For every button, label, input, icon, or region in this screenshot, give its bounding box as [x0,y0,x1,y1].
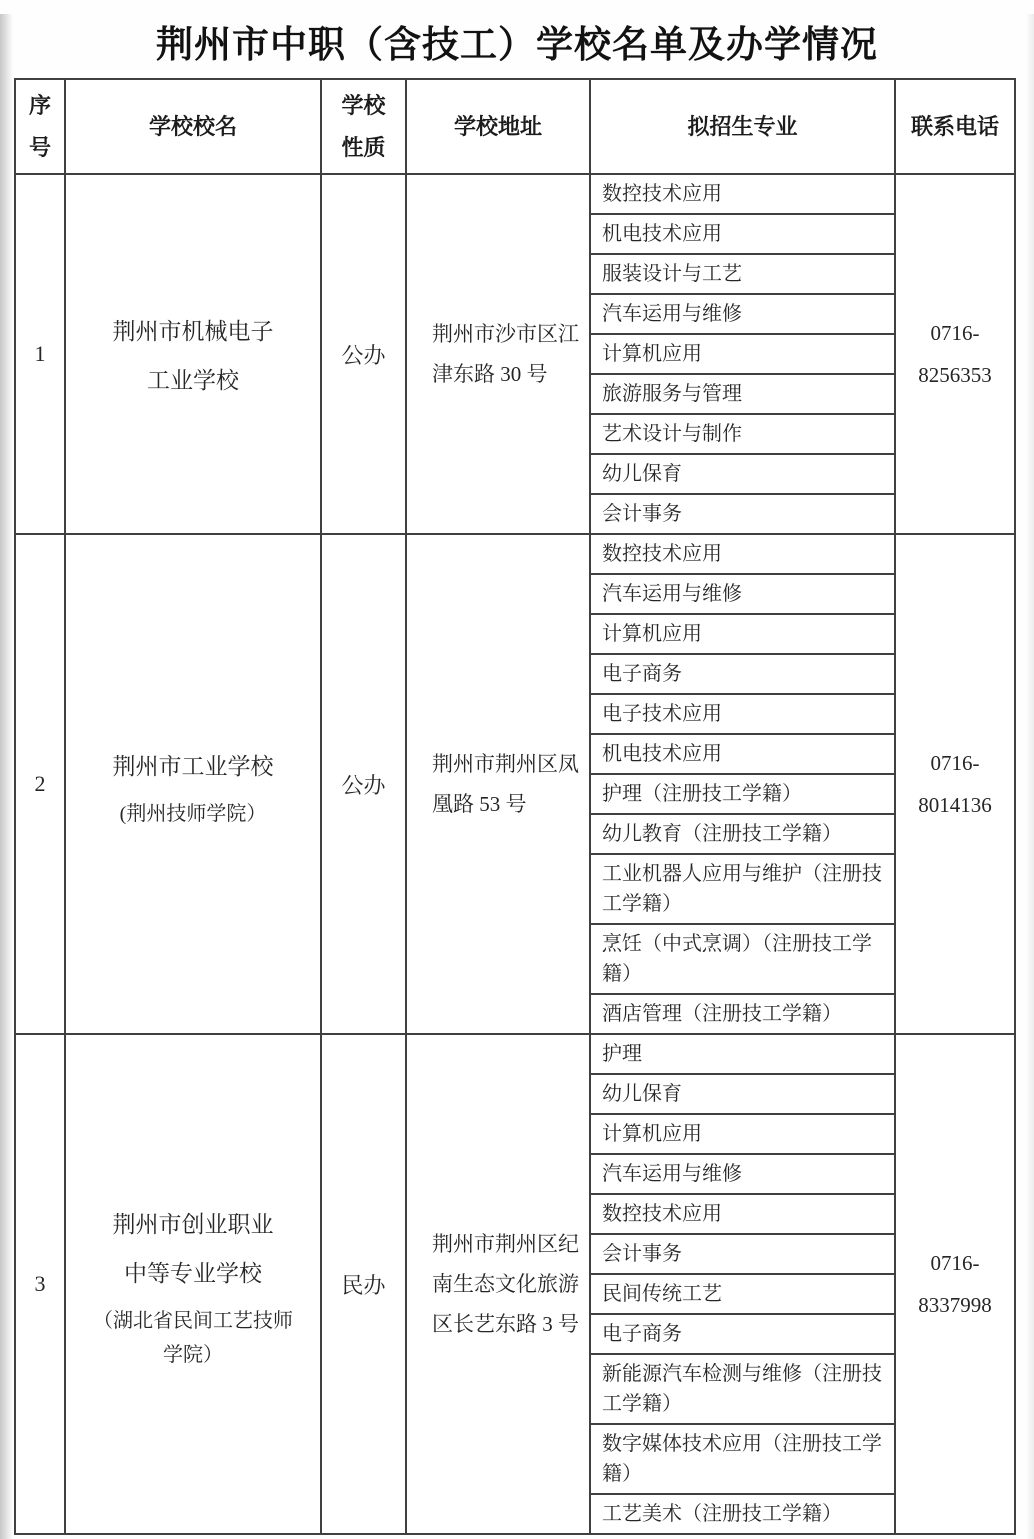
column-header-address: 学校地址 [406,79,590,174]
major-cell: 服装设计与工艺 [590,254,895,294]
column-header-no: 序号 [15,79,65,174]
table-header-row: 序号学校校名学校性质学校地址拟招生专业联系电话 [15,79,1015,174]
table-header: 序号学校校名学校性质学校地址拟招生专业联系电话 [15,79,1015,174]
column-header-phone: 联系电话 [895,79,1015,174]
major-cell: 会计事务 [590,494,895,534]
major-cell: 汽车运用与维修 [590,574,895,614]
major-cell: 烹饪（中式烹调）（注册技工学籍） [590,924,895,994]
major-cell: 机电技术应用 [590,734,895,774]
row-number-cell: 1 [15,174,65,534]
major-cell: 汽车运用与维修 [590,294,895,334]
major-cell: 数字媒体技术应用（注册技工学籍） [590,1424,895,1494]
school-name-line: 荆州市创业职业 [72,1206,314,1239]
major-cell: 酒店管理（注册技工学籍） [590,994,895,1034]
major-cell: 旅游服务与管理 [590,374,895,414]
major-cell: 工艺美术（注册技工学籍） [590,1494,895,1534]
school-name-line: 工业学校 [72,362,314,395]
phone-line: 0716- [900,742,1010,784]
school-address-cell: 荆州市沙市区江津东路 30 号 [406,174,590,534]
major-cell: 护理（注册技工学籍） [590,774,895,814]
major-cell: 新能源汽车检测与维修（注册技工学籍） [590,1354,895,1424]
phone-line: 8014136 [900,784,1010,826]
major-cell: 幼儿保育 [590,1074,895,1114]
major-cell: 机电技术应用 [590,214,895,254]
major-cell: 计算机应用 [590,1114,895,1154]
page-title: 荆州市中职（含技工）学校名单及办学情况 [0,14,1034,68]
school-row-2-major-row: 2荆州市工业学校(荆州技师学院）公办荆州市荆州区凤凰路 53 号数控技术应用07… [15,534,1015,574]
school-name-line: 荆州市机械电子 [72,313,314,346]
school-name-line: （湖北省民间工艺技师学院） [72,1304,314,1372]
school-name-cell: 荆州市工业学校(荆州技师学院） [65,534,321,1034]
major-cell: 电子商务 [590,1314,895,1354]
major-cell: 工业机器人应用与维护（注册技工学籍） [590,854,895,924]
major-cell: 数控技术应用 [590,1194,895,1234]
school-name-line: 荆州市工业学校 [72,748,314,781]
major-cell: 护理 [590,1034,895,1074]
school-address-cell: 荆州市荆州区凤凰路 53 号 [406,534,590,1034]
major-cell: 艺术设计与制作 [590,414,895,454]
major-cell: 幼儿教育（注册技工学籍） [590,814,895,854]
major-cell: 电子商务 [590,654,895,694]
document-page: 荆州市中职（含技工）学校名单及办学情况 序号学校校名学校性质学校地址拟招生专业联… [0,14,1034,1535]
major-cell: 计算机应用 [590,334,895,374]
major-cell: 电子技术应用 [590,694,895,734]
phone-line: 8337998 [900,1284,1010,1326]
school-nature-cell: 公办 [321,174,406,534]
column-header-nature: 学校性质 [321,79,406,174]
major-cell: 幼儿保育 [590,454,895,494]
school-nature-cell: 公办 [321,534,406,1034]
major-cell: 计算机应用 [590,614,895,654]
school-address-cell: 荆州市荆州区纪南生态文化旅游区长艺东路 3 号 [406,1034,590,1534]
school-row-1-major-row: 1荆州市机械电子工业学校公办荆州市沙市区江津东路 30 号数控技术应用0716-… [15,174,1015,214]
phone-line: 0716- [900,1242,1010,1284]
column-header-name: 学校校名 [65,79,321,174]
phone-cell: 0716-8014136 [895,534,1015,1034]
school-name-line: 中等专业学校 [72,1255,314,1288]
school-nature-cell: 民办 [321,1034,406,1534]
table-body: 1荆州市机械电子工业学校公办荆州市沙市区江津东路 30 号数控技术应用0716-… [15,174,1015,1534]
school-name-line: (荆州技师学院） [72,797,314,831]
major-cell: 会计事务 [590,1234,895,1274]
school-name-cell: 荆州市机械电子工业学校 [65,174,321,534]
column-header-majors: 拟招生专业 [590,79,895,174]
major-cell: 民间传统工艺 [590,1274,895,1314]
school-name-cell: 荆州市创业职业中等专业学校（湖北省民间工艺技师学院） [65,1034,321,1534]
row-number-cell: 2 [15,534,65,1034]
school-row-3-major-row: 3荆州市创业职业中等专业学校（湖北省民间工艺技师学院）民办荆州市荆州区纪南生态文… [15,1034,1015,1074]
phone-cell: 0716-8256353 [895,174,1015,534]
major-cell: 数控技术应用 [590,534,895,574]
school-table: 序号学校校名学校性质学校地址拟招生专业联系电话 1荆州市机械电子工业学校公办荆州… [14,78,1016,1535]
phone-line: 8256353 [900,354,1010,396]
phone-cell: 0716-8337998 [895,1034,1015,1534]
major-cell: 汽车运用与维修 [590,1154,895,1194]
phone-line: 0716- [900,312,1010,354]
major-cell: 数控技术应用 [590,174,895,214]
row-number-cell: 3 [15,1034,65,1534]
